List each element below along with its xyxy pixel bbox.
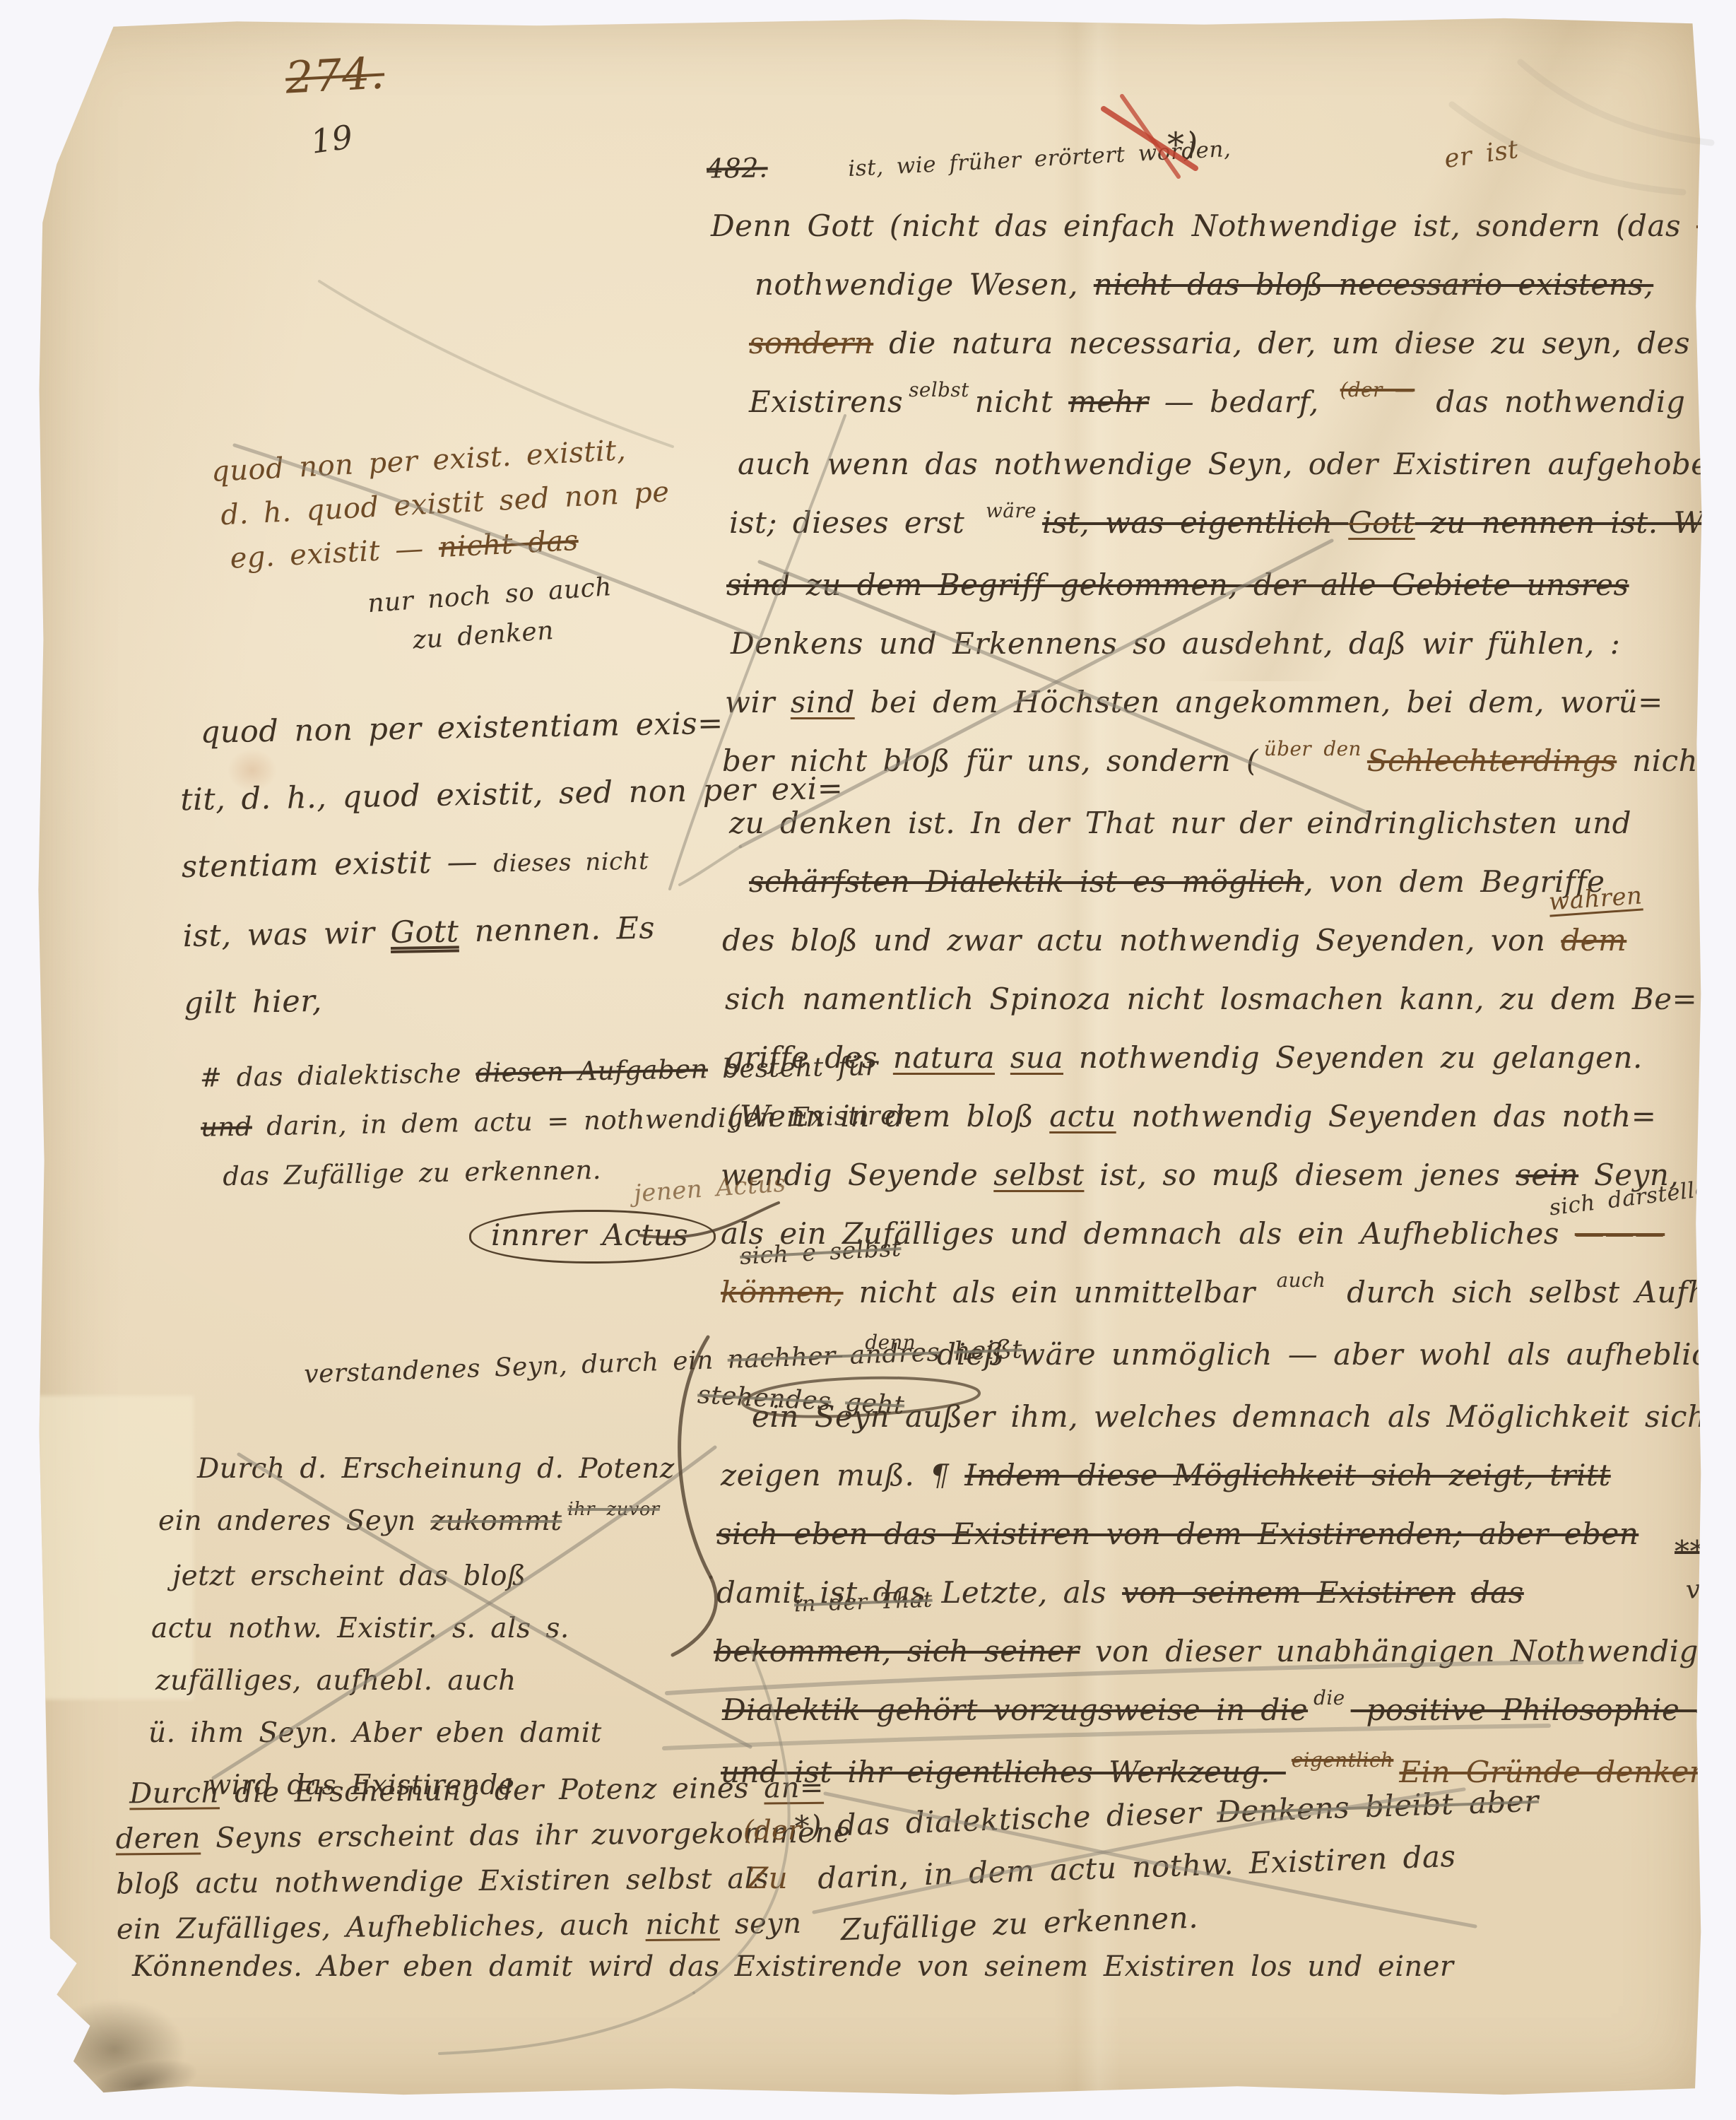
struck-old-number: 482. [707,152,768,184]
text-run: sua [1010,1040,1063,1075]
handwritten-line: sich namentlich Spinoza nicht losmachen … [725,970,1736,1028]
text-run: sind zu dem Begriff gekommen, der alle G… [726,567,1629,602]
text-run: *) das dialektische dieser [794,1795,1217,1844]
text-run: quod non per existentiam exis= [200,706,724,750]
handwritten-line: zu denken ist. In der That nur der eindr… [729,794,1736,852]
text-run: zu denken ist. In der That nur der eindr… [729,806,1631,840]
insertion-in-der-that: in der That [793,1586,933,1618]
text-run: nichts [1617,743,1736,778]
text-run: verstandenes Seyn, durch ein [304,1345,728,1389]
text-run: nothwendig [1696,208,1736,243]
text-run: zu denken [412,616,555,655]
text-run: bei dem Höchsten angekommen, bei dem, wo… [855,685,1663,719]
text-run: von dieser unabhängigen Nothwendigkeit: [1080,1634,1736,1668]
text-run: Schlechterdings [1367,743,1617,778]
handwritten-line: bloß actu nothwendige Existiren selbst a… [116,1855,851,1907]
handwritten-line: Denn Gott (nicht das einfach Nothwendige… [711,196,1736,255]
text-run: ——— [1575,1216,1665,1251]
text-run: zufälliges, aufhebl. auch [155,1665,516,1697]
text-run: ** [1675,1534,1705,1569]
text-run: nothwendig Seyenden zu gelangen. [1063,1040,1643,1075]
handwritten-line: innrer Actus [491,1218,688,1253]
margin-note-latin-struck: quod non per exist. existit,d. h. quod e… [211,426,673,582]
corner-smudge [44,2000,185,2099]
text-run: geht [844,1388,905,1420]
footnote-star-mark: *) [1167,126,1198,164]
text-run: ü. ihm Seyn. Aber eben damit [148,1717,602,1749]
circled-innrer-actus: innrer Actus [469,1210,716,1264]
margin-mark-double-star: ** [1675,1535,1705,1569]
text-run: darin, in dem actu = nothwendigen Existi… [252,1100,914,1141]
text-run: dieß wäre unmöglich — aber wohl als aufh… [921,1337,1736,1372]
text-run: # das dialektische [199,1058,476,1093]
text-run: des bloß und zwar actu nothwendig Seyend… [722,923,1561,958]
text-run: zu nennen ist. [1415,505,1674,540]
handwritten-line: gilt hier, [184,959,848,1037]
text-run: nothwendig Seyenden das noth= [1116,1099,1657,1133]
text-run: stentiam existit — [182,844,494,885]
bottom-full-line: Könnendes. Aber eben damit wird das Exis… [132,1949,1454,1984]
text-run: durch sich selbst Aufhebliches [1331,1275,1736,1309]
text-run: das nothwendig Seyende bleibt, [1420,384,1736,419]
handwritten-line: zeigen muß. ¶ Indem diese Möglichkeit si… [721,1446,1736,1504]
text-run: sich namentlich Spinoza nicht losmachen … [725,982,1697,1016]
text-run: actu nothw. Existir. s. als s. [151,1613,569,1644]
handwritten-line: *) [1167,126,1198,164]
text-run: Gott [1348,505,1415,540]
handwritten-line: ** [1675,1535,1705,1569]
text-run: ist, so muß diesem jenes [1084,1158,1516,1192]
text-run: innrer Actus [491,1218,688,1252]
text-run: auch [1277,1268,1326,1292]
text-run: auch wenn das nothwendige Seyn, oder Exi… [738,447,1728,481]
text-run: dieses nicht [493,847,649,878]
handwritten-line: des bloß und zwar actu nothwendig Seyend… [722,911,1736,970]
handwritten-line: Zu [748,1861,788,1895]
text-run [830,1387,846,1417]
text-run: sich eben das Existiren von dem Existire… [716,1517,1638,1551]
margin-note-latin-clean: quod non per existentiam exis=tit, d. h.… [179,688,847,1037]
text-run: das Zufällige zu erkennen. [223,1155,601,1191]
handwritten-line: Existirensselbstnicht mehr — bedarf, (de… [749,372,1736,435]
text-run: die [1313,1686,1345,1709]
handwritten-line: ber nicht bloß für uns, sondern (über de… [722,731,1736,794]
margin-note-dialektik: # das dialektische diesen Aufgaben beste… [199,1041,914,1202]
text-run: stehendes [697,1380,832,1416]
margin-mark-hash-2: # [1694,1125,1726,1165]
text-run: zeigen muß. ¶ [721,1458,964,1492]
handwritten-line: Denkens und Erkennens so ausdehnt, daß w… [731,614,1736,673]
text-run: er ist [1443,135,1521,174]
text-run: ist, was wir [182,915,391,954]
text-run: nachher andres [727,1338,940,1374]
text-run: nicht das bloß necessario existens, [1094,267,1653,302]
handwritten-line: auch wenn das nothwendige Seyn, oder Exi… [738,435,1736,493]
text-run [995,1040,1010,1075]
handwritten-line: 19 [309,117,355,161]
main-text-block: Denn Gott (nicht das einfach Nothwendige… [708,196,1736,1805]
margin-mark-hash-1: # [1718,1009,1736,1054]
handwritten-line: 274. [284,48,386,102]
text-run: nicht [645,1908,720,1941]
text-run: Zu [748,1861,788,1895]
text-run: (der — [1340,378,1415,401]
frag-zu: Zu [748,1861,788,1895]
text-run: nicht das [438,524,579,564]
text-run: actu [1049,1099,1116,1133]
text-run: das [1471,1575,1524,1610]
text-run: von seinem Existiren [1122,1575,1455,1610]
text-run: in der That [793,1587,933,1618]
text-run: # [1693,1124,1725,1166]
text-run: verte [1684,1570,1736,1605]
text-run: jetzt erscheint das bloß [172,1560,526,1592]
margin-draft-crossed: Durch d. Erscheinung d. Potenzein andere… [144,1443,675,1812]
text-run: tit, d. h., quod existit, sed non per ex… [180,771,844,818]
text-run: ein anderes Seyn [158,1505,430,1537]
handwritten-line: verte [1684,1570,1736,1606]
text-run: Existirens [749,384,903,419]
text-run: deren [116,1822,201,1855]
text-run: mehr [1068,384,1149,419]
scan-background: { "document": { "kind": "Handwritten phi… [0,0,1736,2120]
margin-note-small: nur noch so auchzu denken [367,567,616,664]
text-run: selbst [909,378,969,401]
text-run: die Erscheinung der Potenz eines [220,1772,764,1810]
handwritten-line: ist; dieses erst wäreist, was eigentlich… [729,493,1736,555]
text-run: sondern [749,326,873,360]
sheet-number: 19 [309,117,355,161]
text-run: gilt hier, [184,984,322,1021]
handwritten-line: quod non per existentiam exis= [200,688,843,767]
handwritten-line: Könnendes. Aber eben damit wird das Exis… [132,1949,1454,1984]
text-run: dem [1561,923,1626,958]
text-run: 482. [707,152,768,184]
handwritten-line: Durch d. Erscheinung d. Potenz [197,1443,675,1495]
text-run: Denn Gott (nicht das einfach Nothwendige… [711,208,1696,243]
handwritten-line: zufälliges, aufhebl. auch [155,1655,675,1707]
handwritten-line: nothwendige Wesen, nicht das bloß necess… [755,255,1736,314]
text-run: — bedarf, [1149,384,1335,419]
footnote-block: *) das dialektische dieser Denkens bleib… [793,1775,1543,1958]
text-run: nothwendige Wesen, [755,267,1094,302]
manuscript-sheet: 274.19482.ist, wie früher erörtert worde… [37,14,1704,2099]
handwritten-line: stentiam existit — dieses nicht [181,823,845,903]
text-run: Denkens bleibt aber [1216,1784,1539,1830]
text-run: zukommt [430,1505,562,1537]
handwritten-line: jetzt erscheint das bloß [172,1550,675,1603]
text-run: (der [743,1815,801,1846]
margin-final-text: Durch die Erscheinung der Potenz eines a… [115,1765,851,1952]
text-run: ist; dieses erst [729,505,980,540]
text-run: Denkens und Erkennens so ausdehnt, daß w… [731,626,1620,661]
text-run: und [201,1112,253,1143]
handwritten-line: können, nicht als ein unmittelbar auch d… [721,1263,1736,1325]
text-run: Indem diese Möglichkeit sich zeigt, trit… [964,1458,1611,1492]
text-run: Wir [1674,505,1728,540]
edge-smudge [76,2049,202,2119]
text-run: ist, was eigentlich [1042,505,1348,540]
text-run: bekommen, sich seiner [714,1634,1080,1668]
text-run: eigentlich [1292,1748,1394,1772]
handwritten-line: in der That [793,1586,933,1618]
handwritten-line: wir sind bei dem Höchsten angekommen, be… [725,673,1736,731]
text-run: sein [1516,1158,1578,1192]
handwritten-line: ein Zufälliges, Aufhebliches, auch nicht… [117,1900,852,1952]
handwritten-line: er ist [1443,135,1521,175]
text-run: *) [1167,125,1198,165]
text-run: Gott [390,914,459,950]
text-run: nennen. Es [459,911,655,950]
handwritten-line: # [1718,1009,1736,1054]
handwritten-line: (der [743,1815,801,1846]
text-run: besteht für [708,1051,878,1084]
handwritten-line: ist, was wir Gott nennen. Es [182,892,846,970]
text-run: können, [721,1275,844,1309]
text-run: positive Philosophie — [1351,1692,1725,1727]
handwritten-line: actu nothw. Existir. s. als s. [151,1603,675,1655]
text-run: eg. existit — [229,531,439,575]
text-run: , welches demnach als Möglichkeit sich [1068,1399,1706,1434]
text-run: nicht [975,384,1068,419]
handwritten-line: # [1694,1125,1726,1165]
insertion-er-ist: er ist [1443,135,1521,175]
text-run: 19 [309,117,355,161]
handwritten-line: sondern die natura necessaria, der, um d… [749,314,1736,372]
frag-der: (der [743,1815,801,1846]
text-run: Dialektik gehört vorzugsweise in die [722,1692,1308,1727]
handwritten-line: ein anderes Seyn zukommtihr zuvor [158,1495,675,1550]
text-run: Könnendes. Aber eben damit wird das Exis… [132,1950,1454,1983]
text-run: Durch d. Erscheinung d. Potenz [197,1453,675,1485]
margin-mark-verte: verte [1684,1570,1736,1606]
text-run [940,1338,955,1367]
text-run: wäre [986,499,1037,522]
text-run: ein Zufälliges, Aufhebliches, auch [117,1909,646,1946]
handwritten-line: Dialektik gehört vorzugsweise in diedie … [722,1680,1736,1743]
text-run [1455,1575,1471,1610]
handwritten-line: sich eben das Existiren von dem Existire… [716,1504,1736,1563]
text-run: Zufällige zu erkennen. [840,1900,1199,1948]
handwritten-line: Durch die Erscheinung der Potenz eines a… [129,1765,851,1816]
text-run: 274. [284,47,386,103]
text-run: diesen Aufgaben [476,1054,708,1088]
page-number: 274. [284,48,386,102]
text-run: selbst [993,1158,1084,1192]
text-run: bloß actu nothwendige Existiren selbst a… [116,1862,769,1900]
handwritten-line: bekommen, sich seiner von dieser unabhän… [714,1622,1736,1680]
handwritten-line: 482. [707,152,768,184]
handwritten-line: deren Seyns erscheint das ihr zuvorgekom… [115,1810,851,1861]
handwritten-line: sind zu dem Begriff gekommen, der alle G… [726,555,1736,614]
text-run: Durch [129,1777,220,1810]
text-run: die natura necessaria, der, um diese zu … [873,326,1690,360]
text-run: # [1717,1008,1736,1055]
text-run: über den [1264,737,1362,760]
text-run: seyn [720,1907,802,1941]
handwritten-line: tit, d. h., quod existit, sed non per ex… [180,755,844,834]
text-run: heißt [954,1335,1023,1366]
handwritten-line: ü. ihm Seyn. Aber eben damit [148,1707,675,1760]
text-run: ihr zuvor [567,1499,659,1520]
text-run: nicht als ein unmittelbar [844,1275,1271,1309]
